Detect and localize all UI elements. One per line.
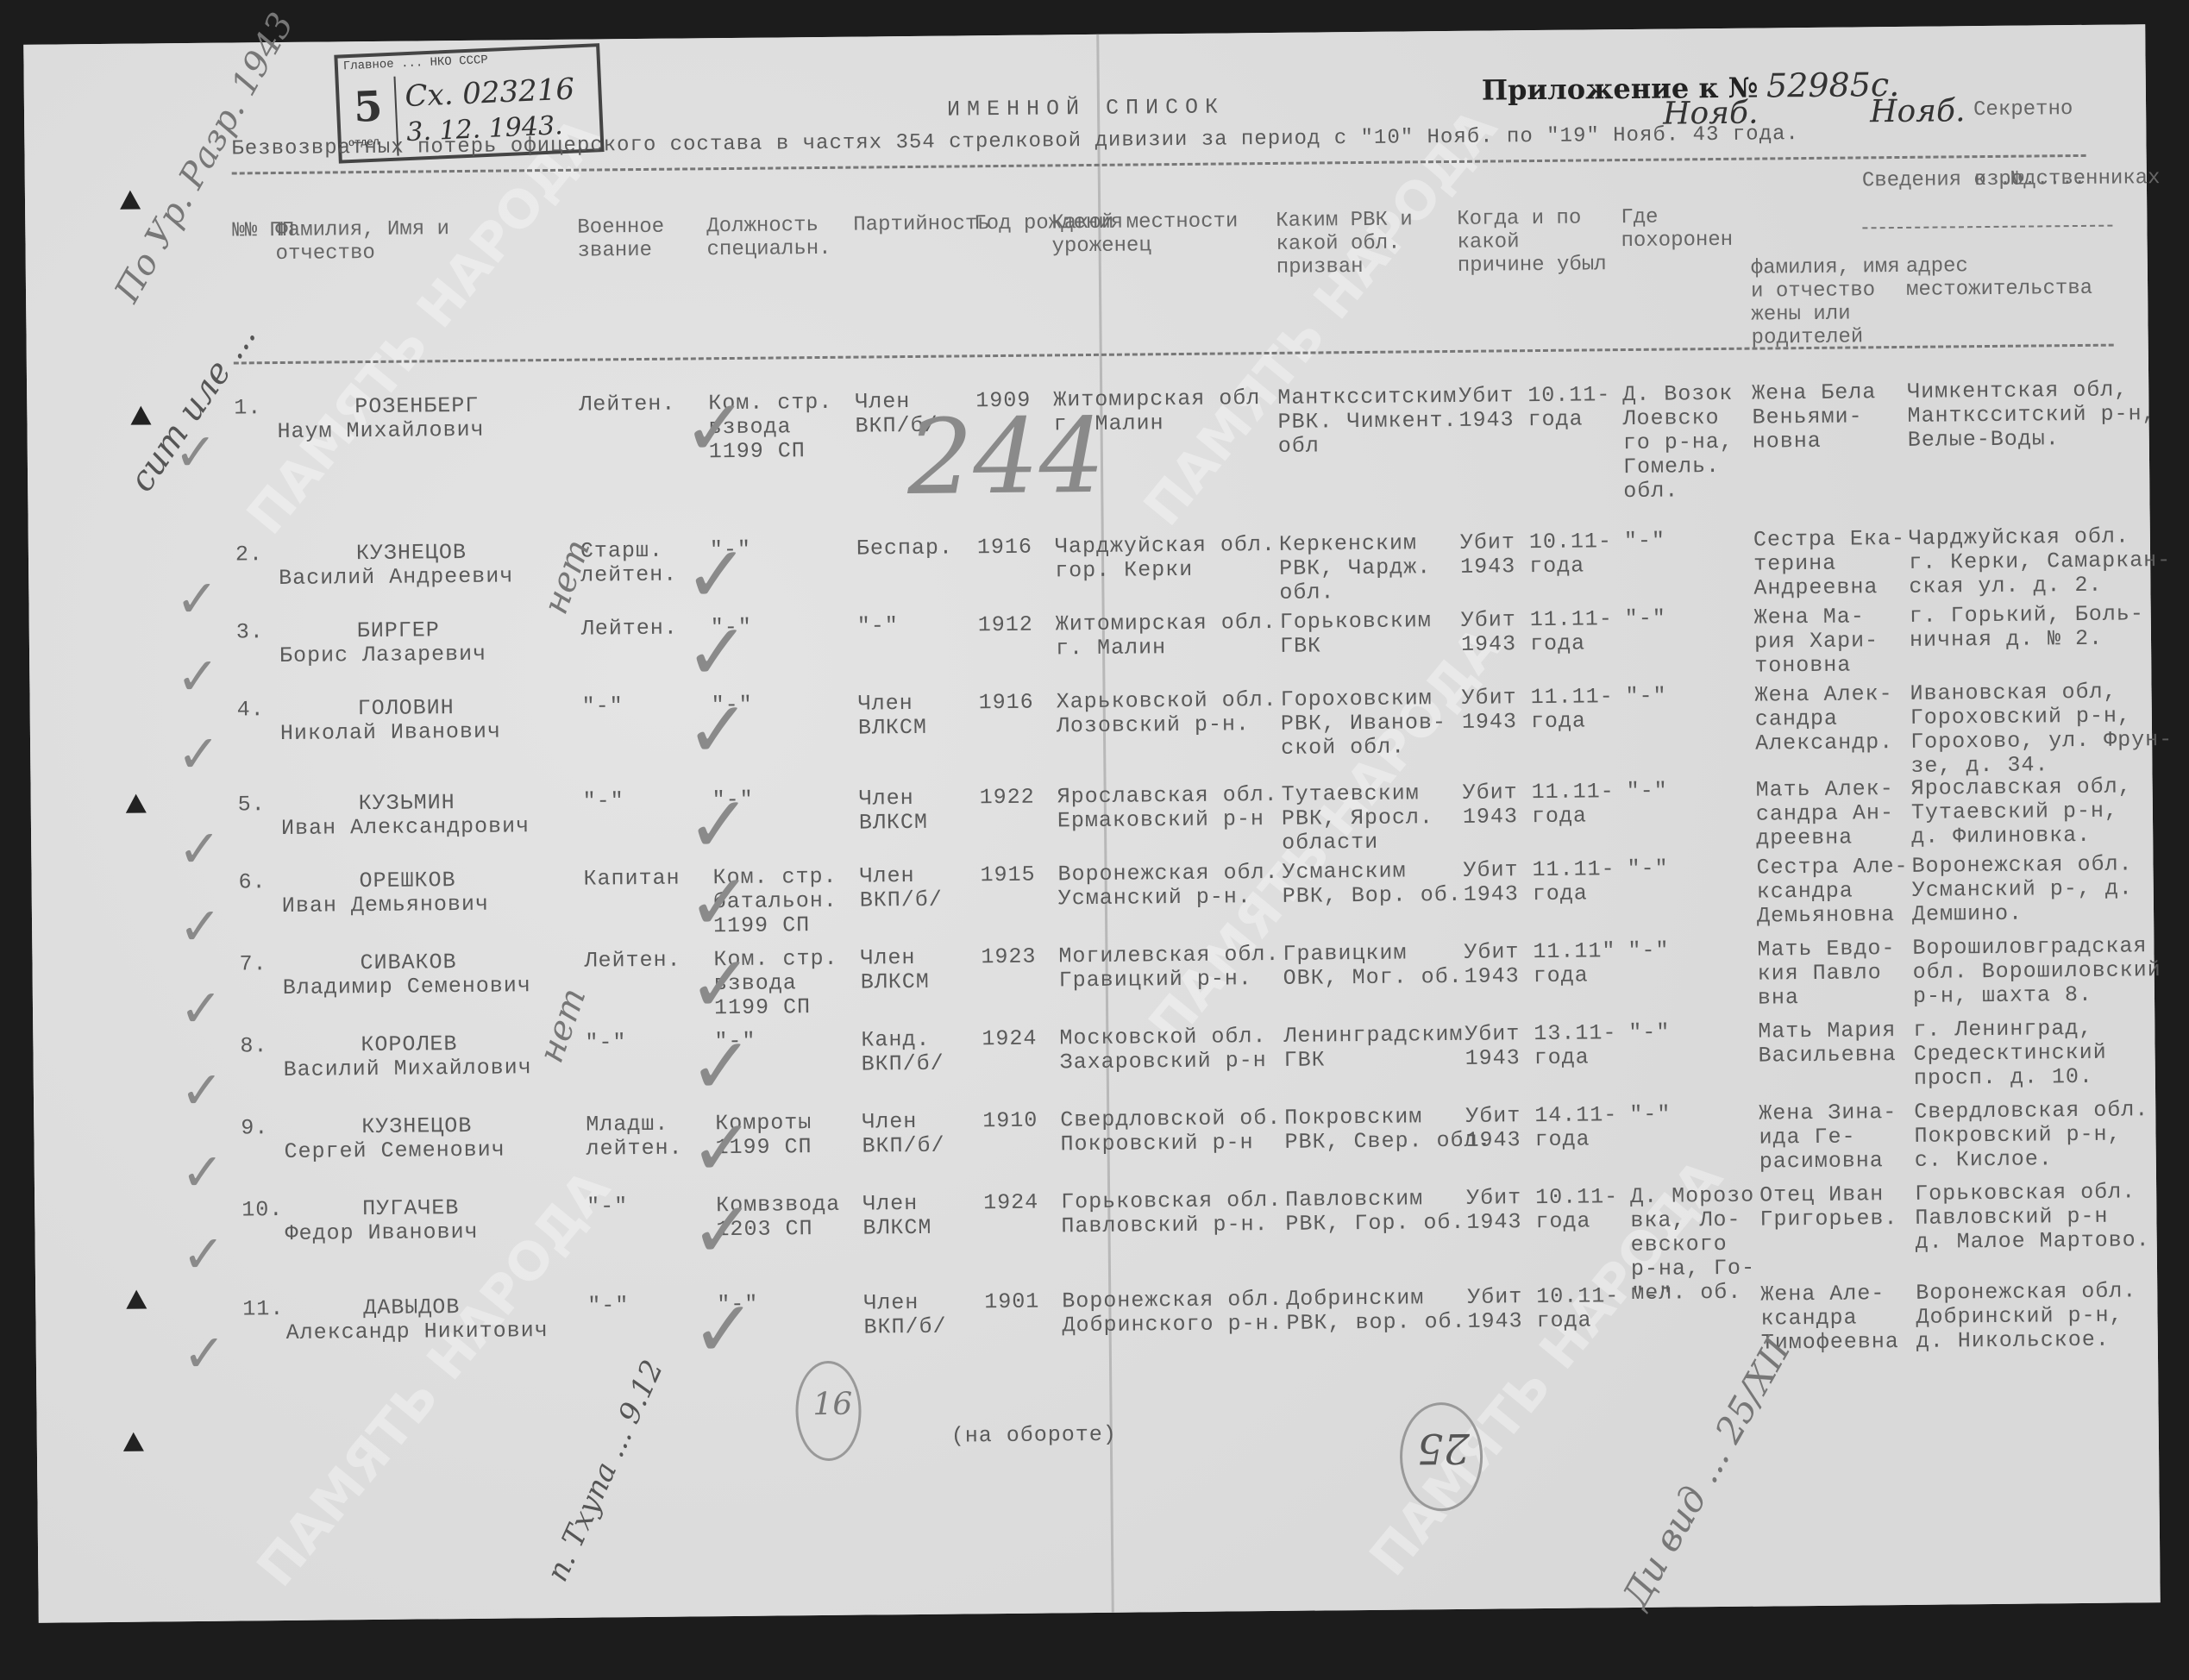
period-from-month: Нояб. (1663, 96, 1759, 132)
table-row: 4.ГОЛОВИННиколай Иванович"-""-"Член ВЛКС… (23, 24, 2145, 45)
cell-origin: Воронежская обл. Усманский р-н. (1057, 861, 1279, 911)
check-mark-icon: ✓ (687, 857, 752, 949)
check-mark-icon: ✓ (173, 423, 217, 483)
check-marks: ✓✓✓✓✓✓✓✓✓✓✓✓✓✓✓✓✓✓✓✓✓✓ (23, 24, 2145, 45)
cell-surname: ДАВЫДОВ (363, 1295, 460, 1320)
cell-rank: "-" (586, 1194, 628, 1219)
table-row: 10.ПУГАЧЕВФедор Иванович"-"Комвзвода 120… (23, 24, 2145, 45)
cell-origin: Московской обл. Захаровский р-н (1059, 1025, 1267, 1075)
cell-death: Убит 11.11- 1943 года (1463, 857, 1615, 907)
cell-given: Борис Лазаревич (279, 643, 486, 668)
classification-mark: Секретно кз.№..... (1973, 51, 2086, 238)
check-mark-icon: ✓ (179, 897, 223, 957)
cell-buried: "-" (1624, 530, 1665, 554)
table-row: 3.БИРГЕРБорис ЛазаревичЛейтен."-""-"1912… (23, 24, 2145, 45)
cell-buried: Д. Возок Лоевско го р-на, Гомель. обл. (1622, 382, 1734, 504)
cell-rank: Младш. лейтен. (586, 1113, 683, 1162)
cell-no: 9. (241, 1116, 268, 1140)
cell-given: Василий Михайлович (284, 1056, 532, 1082)
annotation-bottom-left: п. Тхупа ... 9.12 (540, 1355, 670, 1587)
annotation-bottom-right: Ди вид ... 25/XII (1614, 1331, 1799, 1614)
cell-rank: "-" (585, 1031, 626, 1055)
punch-hole (126, 794, 147, 813)
cell-born: 1910 (982, 1109, 1038, 1134)
cell-rvk: Горьковским ГВК (1280, 609, 1433, 659)
cell-surname: СИВАКОВ (360, 950, 456, 975)
cell-death: Убит 13.11- 1943 года (1465, 1021, 1617, 1071)
cell-address: Воронежская обл. Усманский р-, д. Демшин… (1911, 852, 2133, 926)
cell-party: Член ВКП/б/ (863, 1291, 947, 1340)
cell-party: Член ВЛКСМ (859, 787, 929, 836)
cell-relative: Мать Мария Васильевна (1758, 1019, 1897, 1069)
cell-rvk: Тутаевским РВК, Яросл. области (1282, 781, 1434, 856)
cell-no: 1. (234, 396, 261, 420)
column-header-rvk: Каким РВК и какой обл. призван (1276, 208, 1432, 279)
cell-buried: "-" (1628, 939, 1669, 963)
cell-origin: Ярославская обл. Ермаковский р-н (1057, 783, 1279, 833)
punch-hole (120, 191, 141, 210)
document-sheet: ПАМЯТЬ НАРОДА ПАМЯТЬ НАРОДА ПАМЯТЬ НАРОД… (23, 24, 2160, 1623)
punch-hole (123, 1432, 144, 1451)
cell-relative: Жена Зина- ида Ге- расимовна (1759, 1100, 1897, 1175)
cell-party: "-" (857, 614, 899, 638)
punch-hole (130, 405, 151, 424)
cell-rank: Лейтен. (584, 949, 681, 974)
cell-rvk: Добринским РВК, вор. об. (1286, 1286, 1466, 1336)
column-header-buried: Где похоронен (1621, 204, 1777, 253)
cell-buried: "-" (1628, 1021, 1670, 1045)
cell-address: Ярославская обл, Тутаевский р-н, д. Фили… (1911, 774, 2133, 849)
cell-death: Убит 10.11- 1943 года (1458, 383, 1611, 433)
cell-rvk: Павловским РВК, Гор. об. (1285, 1187, 1465, 1237)
cell-no: 6. (238, 870, 266, 894)
table-row: 5.КУЗЬМИНИван Александрович"-""-"Член ВЛ… (23, 24, 2145, 45)
cell-death: Убит 11.11" 1943 года (1464, 939, 1616, 989)
cell-origin: Воронежская обл. Добринского р-н. (1062, 1288, 1283, 1338)
column-header-relative: фамилия, имя и отчество жены или родител… (1751, 255, 1907, 350)
cell-given: Николай Иванович (280, 720, 501, 746)
annotation-big-number: 244 (906, 397, 1105, 518)
column-header-death: Когда и по какой причине убыл (1457, 206, 1613, 278)
classification-secret: Секретно (1973, 97, 2086, 122)
cell-party: Член ВЛКСМ (862, 1192, 932, 1241)
check-mark-icon: ✓ (176, 647, 220, 707)
cell-no: 10. (241, 1198, 283, 1222)
cell-no: 3. (236, 620, 264, 644)
cell-address: г. Ленинград, Средесктинский просп. д. 1… (1913, 1017, 2107, 1091)
cell-rvk: Мантксситским РВК. Чимкент. обл (1277, 385, 1458, 459)
cell-death: Убит 14.11- 1943 года (1465, 1103, 1618, 1153)
check-mark-icon: ✓ (688, 1021, 754, 1113)
cell-born: 1912 (978, 613, 1033, 638)
check-mark-icon: ✓ (183, 1324, 227, 1384)
check-mark-icon: ✓ (180, 1061, 224, 1121)
check-mark-icon: ✓ (687, 939, 753, 1031)
cell-relative: Сестра Але- ксандра Демьяновна (1756, 855, 1909, 929)
cell-rank: Лейтен. (581, 617, 678, 642)
period-to-month: Нояб. (1870, 93, 1966, 129)
cell-surname: КУЗЬМИН (359, 791, 455, 816)
table-row: 1.РОЗЕНБЕРГНаум МихайловичЛейтен.Ком. ст… (23, 24, 2145, 45)
cell-surname: ПУГАЧЕВ (362, 1196, 459, 1221)
cell-buried: "-" (1629, 1103, 1671, 1127)
cell-given: Сергей Семенович (284, 1138, 505, 1164)
cell-given: Владимир Семенович (283, 974, 531, 1000)
cell-no: 7. (239, 952, 267, 976)
cell-death: Убит 11.11- 1943 года (1461, 685, 1614, 735)
cell-death: Убит 10.11- 1943 года (1466, 1185, 1619, 1235)
cell-party: Член ВЛКСМ (858, 692, 928, 741)
cell-buried: "-" (1625, 607, 1666, 631)
cell-given: Александр Никитович (285, 1319, 548, 1345)
cell-born: 1915 (980, 863, 1035, 888)
cell-rank: "-" (582, 694, 624, 718)
cell-surname: КОРОЛЕВ (361, 1032, 457, 1057)
check-mark-icon: ✓ (689, 1103, 755, 1194)
cell-party: Член ВКП/б/ (862, 1110, 945, 1159)
table-row: 11.ДАВЫДОВАлександр Никитович"-""-"Член … (23, 24, 2145, 45)
check-mark-icon: ✓ (181, 1225, 225, 1285)
cell-address: Свердловская обл. Покровский р-н, с. Кис… (1914, 1098, 2149, 1173)
cell-party: Канд. ВКП/б/ (861, 1028, 944, 1077)
table-row: 7.СИВАКОВВладимир СеменовичЛейтен.Ком. с… (23, 24, 2145, 45)
left-circle-number: 16 (812, 1387, 852, 1422)
table-row: 8.КОРОЛЕВВасилий Михайлович"-""-"Канд. В… (23, 24, 2145, 45)
cell-born: 1924 (982, 1027, 1037, 1052)
document-title: ИМЕННОЙ СПИСОК (947, 95, 1225, 122)
cell-given: Иван Александрович (281, 814, 530, 841)
cell-born: 1922 (980, 786, 1035, 811)
cell-death: Убит 11.11- 1943 года (1463, 780, 1615, 830)
cell-rank: Капитан (583, 867, 680, 892)
cell-party: Член ВЛКСМ (860, 946, 930, 995)
table-row: 2.КУЗНЕЦОВВасилий АндреевичСтарш. лейтен… (23, 24, 2145, 45)
cell-address: Воронежская обл. Добринский р-н, д. Нико… (1916, 1279, 2137, 1353)
cell-no: 11. (242, 1297, 284, 1321)
page-number: 25 (1417, 1424, 1471, 1473)
cell-death: Убит 10.11- 1943 года (1460, 530, 1613, 580)
stamp-org: Главное ... НКО СССР (343, 53, 489, 73)
cell-no: 2. (235, 542, 263, 567)
cell-rvk: Усманским РВК, Вор. об. (1282, 859, 1462, 909)
cell-address: Чимкентская обл, Мантксситский р-н, Велы… (1907, 378, 2156, 453)
cell-buried: "-" (1627, 857, 1668, 881)
cell-surname: БИРГЕР (357, 618, 440, 643)
cell-death: Убит 11.11- 1943 года (1461, 607, 1614, 657)
check-mark-icon: ✓ (179, 979, 223, 1039)
check-mark-icon: ✓ (690, 1185, 756, 1276)
cell-buried: "-" (1625, 685, 1666, 709)
check-mark-icon: ✓ (685, 685, 750, 776)
cell-address: Ивановская обл, Гороховский р-н, Горохов… (1910, 680, 2173, 779)
cell-address: Горьковская обл. Павловский р-н д. Малое… (1915, 1180, 2150, 1255)
cell-relative: Жена Ма- рия Хари- тоновна (1754, 605, 1879, 678)
check-mark-icon: ✓ (178, 819, 222, 880)
cell-surname: КУЗНЕЦОВ (356, 541, 467, 566)
cell-given: Федор Иванович (285, 1220, 478, 1246)
cell-born: 1901 (984, 1290, 1039, 1315)
cell-relative: Отец Иван Григорьев. (1759, 1182, 1898, 1232)
stamp-ref-number: Сх. 023216 (405, 72, 575, 114)
cell-origin: Харьковской обл. Лозовский р-н. (1057, 688, 1278, 738)
check-mark-icon: ✓ (691, 1284, 756, 1376)
header-rule-bottom (234, 344, 2114, 365)
cell-surname: КУЗНЕЦОВ (361, 1114, 472, 1139)
cell-rank: "-" (587, 1294, 629, 1318)
check-mark-icon: ✓ (175, 569, 219, 630)
cell-no: 5. (238, 793, 266, 817)
cell-rvk: Покровским РВК, Свер. обл. (1284, 1105, 1492, 1155)
cell-surname: ОРЕШКОВ (359, 868, 455, 893)
cell-rank: Лейтен. (579, 392, 675, 417)
cell-given: Иван Демьянович (282, 893, 489, 918)
loss-table: 1.РОЗЕНБЕРГНаум МихайловичЛейтен.Ком. ст… (23, 24, 2145, 45)
check-mark-icon: ✓ (682, 383, 748, 474)
cell-rvk: Керкенским РВК, Чардж. обл. (1279, 531, 1432, 605)
cell-party: Беспар. (856, 536, 953, 561)
cell-given: Василий Андреевич (279, 564, 513, 591)
column-header-origin: Какой местности уроженец (1051, 210, 1268, 258)
cell-born: 1916 (977, 536, 1032, 561)
column-headers: №№ ППФамилия, Имя и отчествоВоенное зван… (23, 24, 2145, 45)
watermark: ПАМЯТЬ НАРОДА (238, 109, 609, 543)
cell-born: 1916 (979, 691, 1034, 716)
cell-origin: Чарджуйская обл. гор. Керки (1055, 533, 1276, 583)
cell-origin: Могилевская обл. Гравицкий р-н. (1058, 943, 1280, 993)
cell-rank: "-" (583, 789, 624, 813)
cell-surname: ГОЛОВИН (358, 696, 455, 721)
cell-buried: "-" (1631, 1284, 1672, 1308)
check-mark-icon: ✓ (181, 1143, 225, 1203)
cell-rvk: Ленинградским ГВК (1283, 1023, 1464, 1073)
column-header-address: адрес местожительства (1906, 254, 2062, 302)
cell-given: Наум Михайлович (277, 418, 484, 444)
watermark: ПАМЯТЬ НАРОДА (1135, 100, 1506, 535)
cell-no: 4. (237, 698, 265, 722)
continued-note: (на обороте) (951, 1423, 1117, 1449)
cell-address: Ворошиловградская обл. Ворошиловский р-н… (1912, 934, 2161, 1009)
relatives-header: Сведения о родственниках (1862, 166, 2161, 192)
cell-address: г. Горький, Боль- ничная д. № 2. (1910, 602, 2145, 653)
table-row: 6.ОРЕШКОВИван ДемьяновичКапитанКом. стр.… (23, 24, 2145, 45)
cell-buried: "-" (1627, 780, 1668, 804)
stamp-dept-number: 5 (353, 82, 384, 131)
cell-rvk: Гороховским РВК, Иванов- ской обл. (1281, 686, 1447, 761)
cell-relative: Мать Алек- сандра Ан- дреевна (1756, 777, 1895, 851)
cell-address: Чарджуйская обл. г. Керки, Самаркан- ска… (1909, 524, 2172, 599)
check-mark-icon: ✓ (177, 724, 221, 785)
cell-origin: Горьковская обл. Павловский р-н. (1061, 1188, 1283, 1238)
cell-origin: Житомирская обл. г. Малин (1056, 611, 1277, 661)
cell-surname: РОЗЕНБЕРГ (354, 394, 479, 419)
column-header-position: Должность специальн. (706, 214, 862, 262)
cell-born: 1923 (981, 945, 1036, 970)
cell-relative: Жена Бела Веньями- новна (1752, 380, 1877, 454)
cell-relative: Мать Евдо- кия Павло вна (1757, 937, 1896, 1011)
cell-born: 1924 (983, 1191, 1038, 1216)
punch-hole (126, 1290, 147, 1309)
cell-rvk: Гравицким ОВК, Мог. об. (1283, 941, 1463, 991)
cell-death: Убит 10.11- 1943 года (1467, 1284, 1620, 1334)
table-row: 9.КУЗНЕЦОВСергей СеменовичМладш. лейтен.… (23, 24, 2145, 45)
cell-origin: Свердловской об. Покровский р-н (1060, 1106, 1282, 1157)
cell-party: Член ВКП/б/ (859, 864, 943, 913)
cell-relative: Жена Алек- сандра Александр. (1754, 682, 1893, 756)
column-header-name: Фамилия, Имя и отчество (275, 216, 535, 266)
cell-relative: Сестра Ека- терина Андреевна (1753, 527, 1906, 601)
cell-no: 8. (240, 1034, 267, 1058)
